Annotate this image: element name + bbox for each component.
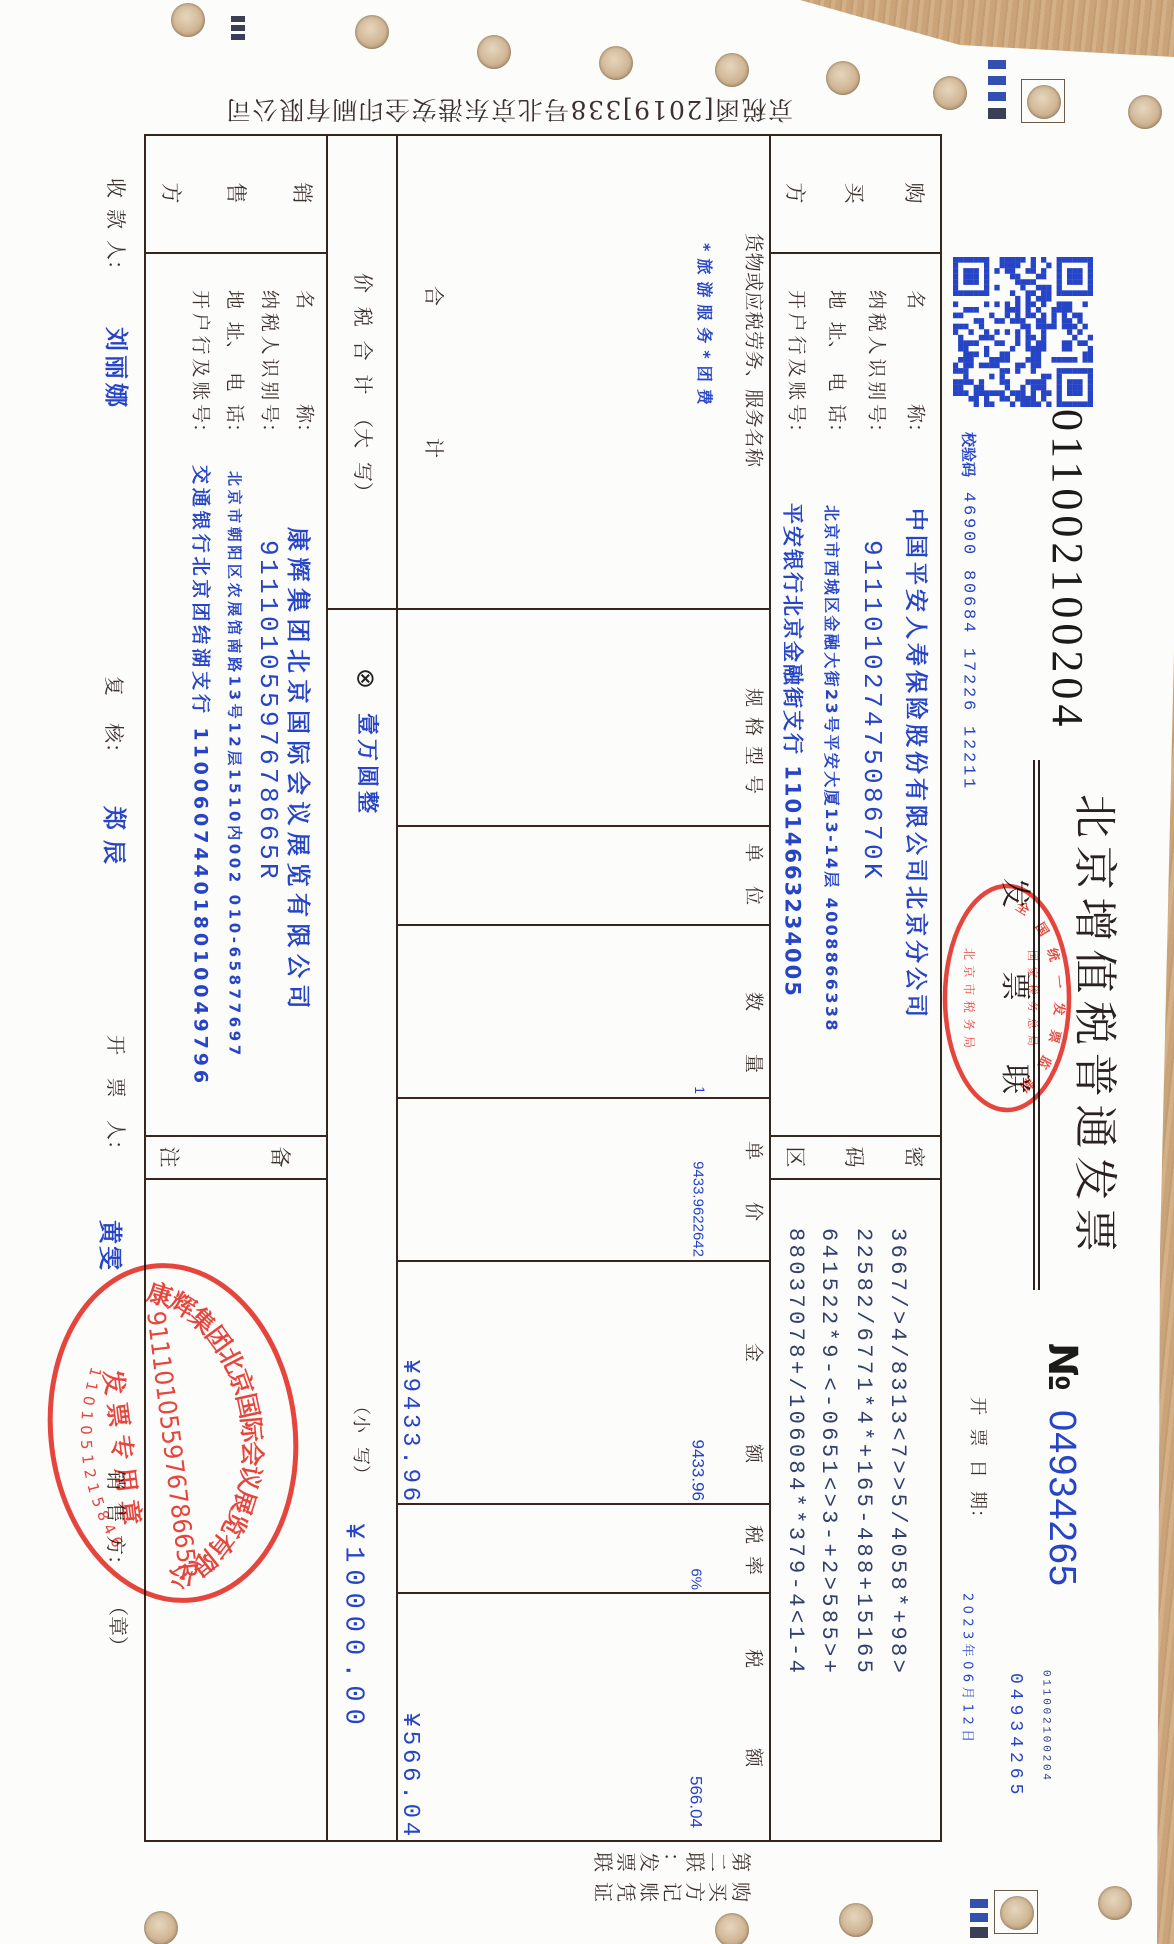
qr-module xyxy=(1000,263,1005,269)
label-glyph: 电 xyxy=(225,372,244,391)
qr-module xyxy=(1072,268,1077,274)
qr-module xyxy=(1031,290,1036,296)
qr-module xyxy=(989,390,994,396)
cipher-line: 88037078+/106084**379-4<1-4 xyxy=(784,1228,806,1676)
label-glyph: 名 xyxy=(906,290,925,309)
qr-module xyxy=(1067,268,1072,274)
qr-module xyxy=(953,290,958,296)
label-glyph: 纳 xyxy=(867,290,886,309)
label-glyph: 销 xyxy=(291,183,312,204)
label-glyph: 量 xyxy=(744,1054,763,1073)
label-glyph: 址、 xyxy=(827,322,846,360)
qr-module xyxy=(963,324,968,330)
qr-module xyxy=(1067,301,1072,307)
qr-module xyxy=(1005,351,1010,357)
qr-module xyxy=(1088,379,1093,385)
column-header-amount: 金额 xyxy=(744,1343,763,1463)
qr-module xyxy=(984,335,989,341)
qr-module xyxy=(1010,263,1015,269)
qr-module xyxy=(1046,390,1051,396)
label-glyph: 率 xyxy=(744,1556,763,1575)
qr-module xyxy=(1072,335,1077,341)
qr-module xyxy=(1025,268,1030,274)
qr-module xyxy=(1062,368,1067,374)
buyer-address-phone: 北京市西城区金融大街23号平安大厦13-14层 4008866338 xyxy=(823,505,839,1033)
qr-module xyxy=(1005,396,1010,402)
qr-module xyxy=(1088,357,1093,363)
qr-module xyxy=(968,329,973,335)
grand-total-in-figures: ¥10000.00 xyxy=(339,1523,366,1732)
qr-module xyxy=(984,301,989,307)
label-glyph: 物 xyxy=(744,253,763,272)
qr-module xyxy=(963,363,968,369)
label-glyph: 金 xyxy=(744,1343,763,1362)
label-glyph: 开 xyxy=(787,290,806,309)
qr-module xyxy=(1010,307,1015,313)
qr-module xyxy=(953,379,958,385)
qr-module xyxy=(1005,379,1010,385)
qr-module xyxy=(1057,401,1062,407)
qr-module xyxy=(1041,346,1046,352)
qr-module xyxy=(984,396,989,402)
qr-module xyxy=(1005,357,1010,363)
label-glyph: 款 xyxy=(106,209,126,229)
label-glyph: 账 xyxy=(639,1882,659,1902)
label-glyph: 备 xyxy=(269,1147,290,1168)
qr-module xyxy=(958,357,963,363)
qr-module xyxy=(1067,357,1072,363)
label-glyph: 发 xyxy=(639,1852,659,1872)
label-glyph: 额 xyxy=(744,1748,763,1767)
qr-module xyxy=(1072,279,1077,285)
qr-module xyxy=(1020,401,1025,407)
label-glyph: 计 xyxy=(424,438,444,458)
qr-code xyxy=(953,257,1093,407)
qr-module xyxy=(1036,296,1041,302)
qr-module xyxy=(1005,301,1010,307)
qr-module xyxy=(1046,290,1051,296)
qr-module xyxy=(968,351,973,357)
qr-module xyxy=(1015,296,1020,302)
qr-module xyxy=(1041,301,1046,307)
qr-module xyxy=(1036,401,1041,407)
label-glyph: 劳 xyxy=(744,331,763,350)
qr-module xyxy=(1057,307,1062,313)
label-glyph: 注 xyxy=(158,1147,179,1168)
qr-module xyxy=(1041,296,1046,302)
label-glyph: 凭 xyxy=(616,1882,636,1902)
qr-module xyxy=(963,351,968,357)
qr-module xyxy=(963,290,968,296)
qr-module xyxy=(989,357,994,363)
label-glyph: 价 xyxy=(744,1202,763,1221)
qr-module xyxy=(1088,396,1093,402)
label-glyph: 买 xyxy=(708,1882,728,1902)
buyer-name-label: 名称： xyxy=(906,290,925,442)
qr-module xyxy=(1083,324,1088,330)
qr-module xyxy=(1015,263,1020,269)
label-glyph: 地 xyxy=(225,290,244,309)
label-glyph: 联 xyxy=(593,1852,613,1872)
qr-module xyxy=(1057,301,1062,307)
qr-module xyxy=(1088,346,1093,352)
label-glyph: 售 xyxy=(226,183,247,204)
qr-module xyxy=(1010,401,1015,407)
label-glyph: 合 xyxy=(424,286,444,306)
qr-module xyxy=(1020,257,1025,263)
qr-module xyxy=(1031,396,1036,402)
qr-module xyxy=(1031,379,1036,385)
label-glyph: 货 xyxy=(744,233,763,252)
qr-module xyxy=(963,340,968,346)
label-glyph: 密 xyxy=(903,1147,924,1168)
qr-module xyxy=(984,346,989,352)
qr-module xyxy=(968,307,973,313)
qr-module xyxy=(1036,318,1041,324)
label-glyph: 名 xyxy=(295,290,314,309)
qr-module xyxy=(994,357,999,363)
qr-module xyxy=(1015,390,1020,396)
seller-address-label: 地址、电话： xyxy=(225,290,244,442)
qr-module xyxy=(974,396,979,402)
qr-module xyxy=(1000,257,1005,263)
qr-module xyxy=(1041,257,1046,263)
qr-module xyxy=(1020,318,1025,324)
total-amount: ¥9433.96 xyxy=(397,1265,421,1505)
label-glyph: 第 xyxy=(731,1852,751,1872)
qr-module xyxy=(1010,268,1015,274)
purpose-side-note: 购买方记账凭证 xyxy=(593,1882,751,1902)
label-glyph: 值 xyxy=(1072,949,1116,993)
label-glyph: 联 xyxy=(685,1852,705,1872)
qr-module xyxy=(1015,340,1020,346)
qr-module xyxy=(1067,390,1072,396)
qr-module xyxy=(989,374,994,380)
label-glyph: 税 xyxy=(353,307,373,327)
issue-date-label: 开票日期： xyxy=(968,1397,986,1527)
qr-module xyxy=(1015,257,1020,263)
qr-module xyxy=(1051,318,1056,324)
column-header-tax-rate: 税率 xyxy=(744,1525,763,1575)
qr-module xyxy=(1005,329,1010,335)
row-divider xyxy=(769,134,771,1842)
qr-module xyxy=(968,274,973,280)
qr-module xyxy=(974,401,979,407)
qr-module xyxy=(994,329,999,335)
qr-module xyxy=(1067,257,1072,263)
qr-module xyxy=(953,279,958,285)
qr-module xyxy=(953,263,958,269)
stamp-middle-text: 国家税务总局 xyxy=(1026,950,1040,1046)
qr-module xyxy=(1057,396,1062,402)
label-glyph: 核： xyxy=(104,723,124,763)
label-glyph: 户 xyxy=(191,313,210,332)
label-glyph: 方 xyxy=(784,183,805,204)
qr-module xyxy=(1031,357,1036,363)
buyer-tax-id: 91110102747508670K xyxy=(859,540,885,882)
qr-module xyxy=(1036,307,1041,313)
label-glyph: 单 xyxy=(744,1141,763,1160)
seller-invoice-seal: 康辉集团北京国际会议展览有限公司 91110105597678665R 发票专用… xyxy=(38,1253,308,1613)
label-glyph: 通 xyxy=(1072,1105,1116,1149)
qr-module xyxy=(1036,357,1041,363)
qr-module xyxy=(1031,363,1036,369)
column-divider xyxy=(328,608,398,610)
label-glyph: 人： xyxy=(106,240,126,280)
label-glyph: 税 xyxy=(744,1649,763,1668)
qr-module xyxy=(1025,401,1030,407)
qr-module xyxy=(1062,401,1067,407)
buyer-tax-id-label: 纳税人识别号： xyxy=(867,290,886,442)
corner-invoice-code: 011002100204 xyxy=(1040,1670,1051,1783)
check-code: 46900 80684 17226 12211 xyxy=(960,492,977,791)
qr-module xyxy=(1088,385,1093,391)
remarks-label: 备注 xyxy=(158,1147,290,1168)
qr-module xyxy=(958,324,963,330)
qr-module xyxy=(979,290,984,296)
copy-side-note: 第二联：发票联 xyxy=(593,1852,751,1872)
qr-module xyxy=(963,374,968,380)
qr-module xyxy=(1000,351,1005,357)
label-glyph: 行 xyxy=(191,336,210,355)
qr-module xyxy=(953,268,958,274)
label-glyph: 或 xyxy=(744,272,763,291)
label-glyph: 区 xyxy=(784,1147,805,1168)
qr-module xyxy=(1005,257,1010,263)
row-divider xyxy=(326,134,328,1842)
qr-module xyxy=(984,390,989,396)
label-glyph: 票 xyxy=(1072,1208,1116,1252)
qr-module xyxy=(979,318,984,324)
column-divider xyxy=(398,924,771,926)
qr-module xyxy=(968,340,973,346)
qr-module xyxy=(1015,307,1020,313)
column-divider xyxy=(398,1503,771,1505)
qr-module xyxy=(1015,329,1020,335)
label-glyph: 纳 xyxy=(260,290,279,309)
reviewer-name: 郑辰 xyxy=(102,806,126,874)
qr-module xyxy=(1077,313,1082,319)
qr-module xyxy=(1025,329,1030,335)
qr-module xyxy=(1031,279,1036,285)
column-header-name: 货物或应税劳务、服务名称 xyxy=(744,233,763,467)
qr-module xyxy=(1083,301,1088,307)
item-unit-price: 9433.9622642 xyxy=(691,1100,706,1257)
qr-module xyxy=(1020,385,1025,391)
qr-module xyxy=(974,279,979,285)
qr-module xyxy=(953,329,958,335)
qr-module xyxy=(1005,307,1010,313)
qr-module xyxy=(1072,313,1077,319)
qr-module xyxy=(1020,324,1025,330)
buyer-bank-account: 平安银行北京金融街支行 11014663234005 xyxy=(782,503,803,998)
column-divider xyxy=(398,608,771,610)
label-glyph: 价 xyxy=(353,273,373,293)
label-glyph: 普 xyxy=(1072,1053,1116,1097)
qr-module xyxy=(1041,335,1046,341)
vat-invoice: 011002100204 校验码 46900 80684 17226 12211… xyxy=(0,0,1174,1944)
qr-module xyxy=(1057,268,1062,274)
buyer-address-label: 地址、电话： xyxy=(827,290,846,442)
item-name: *旅游服务*团费 xyxy=(696,243,712,412)
label-glyph: 及 xyxy=(787,358,806,377)
qr-module xyxy=(1077,329,1082,335)
qr-module xyxy=(958,335,963,341)
invoice-number: 04934265 xyxy=(1043,1410,1081,1587)
label-glyph: 应 xyxy=(744,292,763,311)
qr-module xyxy=(1015,396,1020,402)
qr-module xyxy=(958,385,963,391)
qr-module xyxy=(989,363,994,369)
printer-note: 京税函[2019]338号北京东港安全印刷有限公司 xyxy=(225,97,793,122)
qr-module xyxy=(1041,385,1046,391)
qr-module xyxy=(963,346,968,352)
qr-module xyxy=(953,313,958,319)
qr-module xyxy=(1072,379,1077,385)
qr-module xyxy=(1057,379,1062,385)
qr-module xyxy=(1041,324,1046,330)
qr-module xyxy=(1005,268,1010,274)
qr-module xyxy=(1046,374,1051,380)
label-glyph: 称 xyxy=(744,448,763,467)
row-divider xyxy=(396,134,398,1842)
qr-module xyxy=(963,307,968,313)
qr-module xyxy=(984,363,989,369)
issue-date: 2023年06月12日 xyxy=(961,1593,974,1747)
seller-section-label: 销售方 xyxy=(160,183,312,204)
qr-module xyxy=(1088,290,1093,296)
qr-module xyxy=(974,307,979,313)
qr-module xyxy=(958,290,963,296)
qr-module xyxy=(974,257,979,263)
qr-module xyxy=(1067,274,1072,280)
qr-module xyxy=(1015,313,1020,319)
qr-module xyxy=(1072,390,1077,396)
label-glyph: 称： xyxy=(295,404,314,442)
qr-module xyxy=(1015,301,1020,307)
qr-module xyxy=(953,301,958,307)
qr-module xyxy=(979,257,984,263)
label-glyph: 购 xyxy=(731,1882,751,1902)
qr-module xyxy=(1000,340,1005,346)
item-tax-rate: 6% xyxy=(689,1506,704,1590)
label-glyph: ： xyxy=(662,1852,682,1872)
qr-module xyxy=(1041,379,1046,385)
qr-module xyxy=(1010,257,1015,263)
qr-module xyxy=(1031,301,1036,307)
qr-module xyxy=(1025,335,1030,341)
qr-module xyxy=(1088,285,1093,291)
qr-module xyxy=(1067,340,1072,346)
column-divider xyxy=(398,825,771,827)
qr-module xyxy=(958,368,963,374)
label-glyph: 期： xyxy=(968,1491,986,1527)
qr-module xyxy=(1041,274,1046,280)
total-tax: ¥566.04 xyxy=(397,1596,421,1840)
qr-module xyxy=(1010,390,1015,396)
qr-module xyxy=(1057,357,1062,363)
qr-module xyxy=(1046,401,1051,407)
label-glyph: 税 xyxy=(867,313,886,332)
stamp-bottom-text: 北京市税务局 xyxy=(962,948,977,1048)
qr-module xyxy=(1051,324,1056,330)
qr-module xyxy=(1077,340,1082,346)
qr-module xyxy=(963,368,968,374)
qr-module xyxy=(1046,285,1051,291)
item-quantity: 1 xyxy=(693,930,707,1094)
label-glyph: 型 xyxy=(744,746,763,765)
seller-address-phone: 北京市朝阳区农展馆南路13号12层1510内002 010-65877697 xyxy=(227,471,242,1059)
qr-module xyxy=(994,301,999,307)
label-glyph: 账 xyxy=(191,381,210,400)
qr-module xyxy=(1036,285,1041,291)
label-glyph: 别 xyxy=(867,381,886,400)
qr-module xyxy=(1057,390,1062,396)
qr-module xyxy=(1000,390,1005,396)
label-glyph: 买 xyxy=(844,183,865,204)
qr-module xyxy=(1067,279,1072,285)
qr-module xyxy=(974,340,979,346)
label-glyph: 京 xyxy=(1072,846,1116,890)
qr-module xyxy=(974,274,979,280)
label-glyph: 规 xyxy=(744,688,763,707)
qr-module xyxy=(1072,257,1077,263)
qr-module xyxy=(1025,340,1030,346)
qr-module xyxy=(1067,324,1072,330)
label-glyph: 务 xyxy=(744,409,763,428)
label-glyph: 号： xyxy=(260,404,279,442)
qr-module xyxy=(984,351,989,357)
qr-module xyxy=(963,357,968,363)
qr-module xyxy=(994,390,999,396)
qr-module xyxy=(1062,357,1067,363)
qr-module xyxy=(1057,290,1062,296)
qr-module xyxy=(1088,257,1093,263)
qr-module xyxy=(1020,279,1025,285)
qr-module xyxy=(1000,379,1005,385)
qr-module xyxy=(1072,401,1077,407)
qr-module xyxy=(994,268,999,274)
label-glyph: 话： xyxy=(827,404,846,442)
qr-module xyxy=(953,274,958,280)
qr-module xyxy=(1041,329,1046,335)
qr-module xyxy=(1077,318,1082,324)
qr-module xyxy=(963,257,968,263)
label-glyph: 码 xyxy=(844,1147,865,1168)
column-divider xyxy=(771,1178,942,1180)
label-glyph: （小 xyxy=(351,1397,369,1433)
qr-module xyxy=(1031,313,1036,319)
column-divider xyxy=(771,252,942,254)
column-divider xyxy=(398,1097,771,1099)
qr-module xyxy=(1067,346,1072,352)
qr-module xyxy=(984,285,989,291)
qr-module xyxy=(1025,279,1030,285)
label-glyph: 人： xyxy=(106,1120,126,1160)
qr-module xyxy=(1005,263,1010,269)
qr-module xyxy=(1041,340,1046,346)
label-glyph: 写） xyxy=(353,462,373,502)
qr-module xyxy=(1083,401,1088,407)
qr-module xyxy=(1077,385,1082,391)
qr-module xyxy=(1062,346,1067,352)
label-glyph: 发 xyxy=(1072,1156,1116,1200)
check-code-label: 校验码 xyxy=(961,432,976,477)
qr-module xyxy=(979,390,984,396)
qr-module xyxy=(1057,285,1062,291)
qr-module xyxy=(1067,318,1072,324)
qr-module xyxy=(1077,401,1082,407)
